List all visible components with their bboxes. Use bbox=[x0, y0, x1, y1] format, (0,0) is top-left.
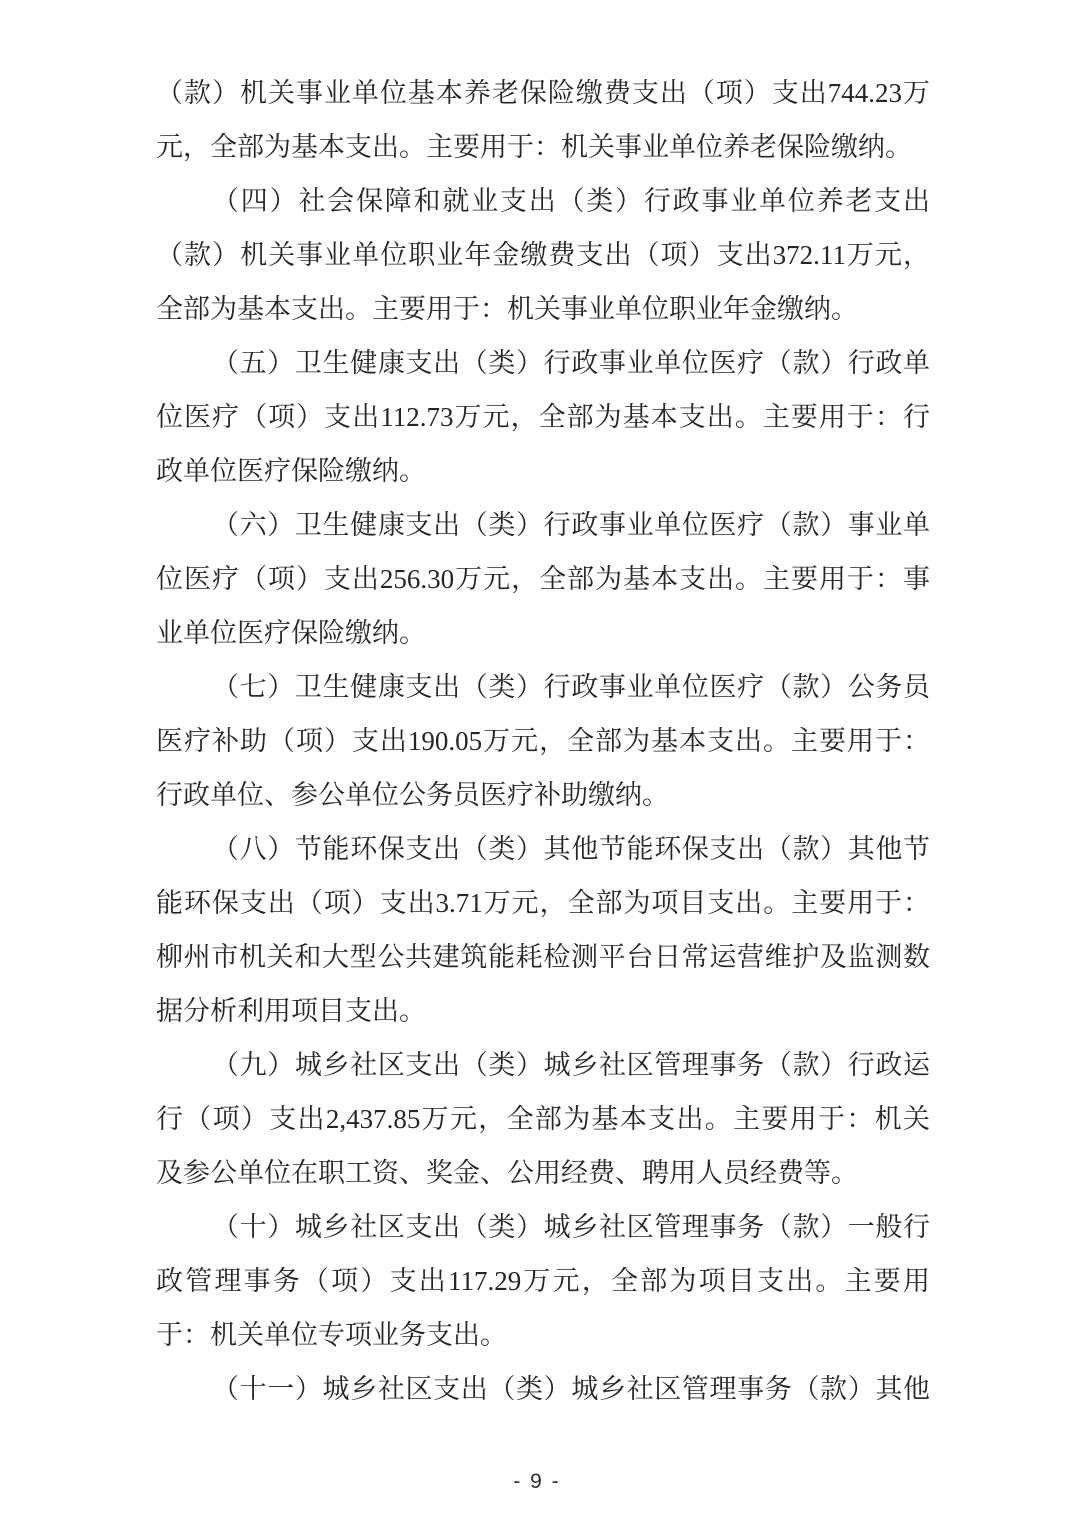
text-line: 能环保支出（项）支出3.71万元，全部为项目支出。主要用于： bbox=[156, 876, 930, 930]
text-line: 据分析利用项目支出。 bbox=[156, 984, 930, 1038]
text-line: 位医疗（项）支出256.30万元，全部为基本支出。主要用于：事 bbox=[156, 552, 930, 606]
document-page: （款）机关事业单位基本养老保险缴费支出（项）支出744.23万元，全部为基本支出… bbox=[0, 0, 1074, 1520]
text-line: 行（项）支出2,437.85万元，全部为基本支出。主要用于：机关 bbox=[156, 1092, 930, 1146]
text-line: （款）机关事业单位职业年金缴费支出（项）支出372.11万元， bbox=[156, 228, 930, 282]
text-line: 位医疗（项）支出112.73万元，全部为基本支出。主要用于：行 bbox=[156, 390, 930, 444]
text-line: 业单位医疗保险缴纳。 bbox=[156, 606, 930, 660]
text-line: 政管理事务（项）支出117.29万元，全部为项目支出。主要用 bbox=[156, 1254, 930, 1308]
text-line: （十）城乡社区支出（类）城乡社区管理事务（款）一般行 bbox=[156, 1200, 930, 1254]
text-line: （款）机关事业单位基本养老保险缴费支出（项）支出744.23万 bbox=[156, 66, 930, 120]
document-body: （款）机关事业单位基本养老保险缴费支出（项）支出744.23万元，全部为基本支出… bbox=[156, 66, 930, 1416]
text-line: 行政单位、参公单位公务员医疗补助缴纳。 bbox=[156, 768, 930, 822]
text-line: 于：机关单位专项业务支出。 bbox=[156, 1308, 930, 1362]
text-line: 全部为基本支出。主要用于：机关事业单位职业年金缴纳。 bbox=[156, 282, 930, 336]
text-line: （十一）城乡社区支出（类）城乡社区管理事务（款）其他 bbox=[156, 1362, 930, 1416]
text-line: 柳州市机关和大型公共建筑能耗检测平台日常运营维护及监测数 bbox=[156, 930, 930, 984]
text-line: （五）卫生健康支出（类）行政事业单位医疗（款）行政单 bbox=[156, 336, 930, 390]
text-line: 医疗补助（项）支出190.05万元，全部为基本支出。主要用于： bbox=[156, 714, 930, 768]
text-line: 政单位医疗保险缴纳。 bbox=[156, 444, 930, 498]
text-line: 元，全部为基本支出。主要用于：机关事业单位养老保险缴纳。 bbox=[156, 120, 930, 174]
text-line: 及参公单位在职工资、奖金、公用经费、聘用人员经费等。 bbox=[156, 1146, 930, 1200]
text-line: （六）卫生健康支出（类）行政事业单位医疗（款）事业单 bbox=[156, 498, 930, 552]
text-line: （九）城乡社区支出（类）城乡社区管理事务（款）行政运 bbox=[156, 1038, 930, 1092]
text-line: （八）节能环保支出（类）其他节能环保支出（款）其他节 bbox=[156, 822, 930, 876]
text-line: （七）卫生健康支出（类）行政事业单位医疗（款）公务员 bbox=[156, 660, 930, 714]
text-line: （四）社会保障和就业支出（类）行政事业单位养老支出 bbox=[156, 174, 930, 228]
page-number: - 9 - bbox=[0, 1470, 1074, 1494]
